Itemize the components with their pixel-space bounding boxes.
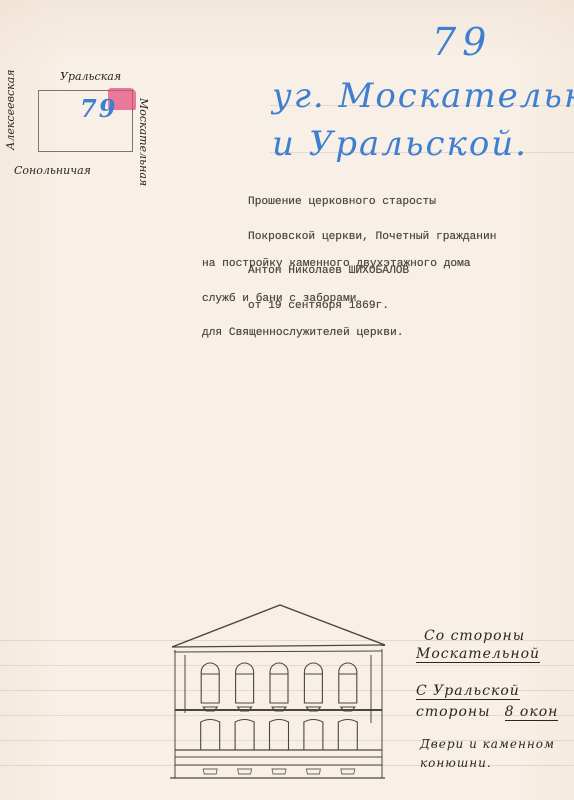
lower-window: [338, 720, 357, 751]
street-label-left: Алексеевская: [4, 69, 17, 150]
purpose-line: для Священнослужителей церкви.: [202, 328, 471, 340]
site-plan: 79 Уральская Сонольничая Алексеевская Мо…: [0, 0, 180, 200]
street-label-right: Москательная: [137, 98, 150, 186]
window-count-note: 8 окон: [505, 704, 559, 721]
lot-number: 79: [80, 94, 117, 123]
basement-vent: [306, 769, 320, 774]
lower-window: [270, 720, 289, 751]
purpose-line: на постройку каменного двухэтажного дома: [202, 259, 471, 271]
petition-line: Прошение церковного старосты: [248, 197, 496, 209]
upper-window: [201, 663, 219, 703]
upper-window: [339, 663, 357, 703]
sketch-note-side: стороны: [416, 704, 491, 720]
basement-vent: [341, 769, 355, 774]
sketch-note-line2: Москательной: [416, 646, 540, 663]
upper-window: [304, 663, 322, 703]
basement-vent: [272, 769, 286, 774]
document-number: 79: [432, 20, 492, 64]
basement-vent: [203, 769, 217, 774]
lower-window: [304, 720, 323, 751]
address-heading-line1: уг. Москательной: [272, 76, 574, 116]
sketch-note-line6: конюшни.: [420, 756, 492, 770]
basement-vent: [238, 769, 252, 774]
sketch-note-line4: стороны8 окон: [416, 704, 558, 720]
upper-window: [270, 663, 288, 703]
purpose-text: на постройку каменного двухэтажного дома…: [202, 236, 471, 363]
lower-window: [201, 720, 220, 751]
purpose-line: служб и бани с заборами: [202, 294, 471, 306]
address-heading-line2: и Уральской.: [272, 124, 528, 164]
facade-sketch: [160, 595, 392, 795]
sketch-note-line5: Двери и каменном: [420, 737, 555, 751]
sketch-note-line1: Со стороны: [424, 628, 525, 644]
street-label-top: Уральская: [60, 70, 121, 83]
lower-window: [235, 720, 254, 751]
sketch-note-line3: С Уральской: [416, 683, 520, 700]
street-label-bottom: Сонольничая: [14, 164, 91, 177]
upper-window: [236, 663, 254, 703]
document-page: 79 Уральская Сонольничая Алексеевская Мо…: [0, 0, 574, 800]
